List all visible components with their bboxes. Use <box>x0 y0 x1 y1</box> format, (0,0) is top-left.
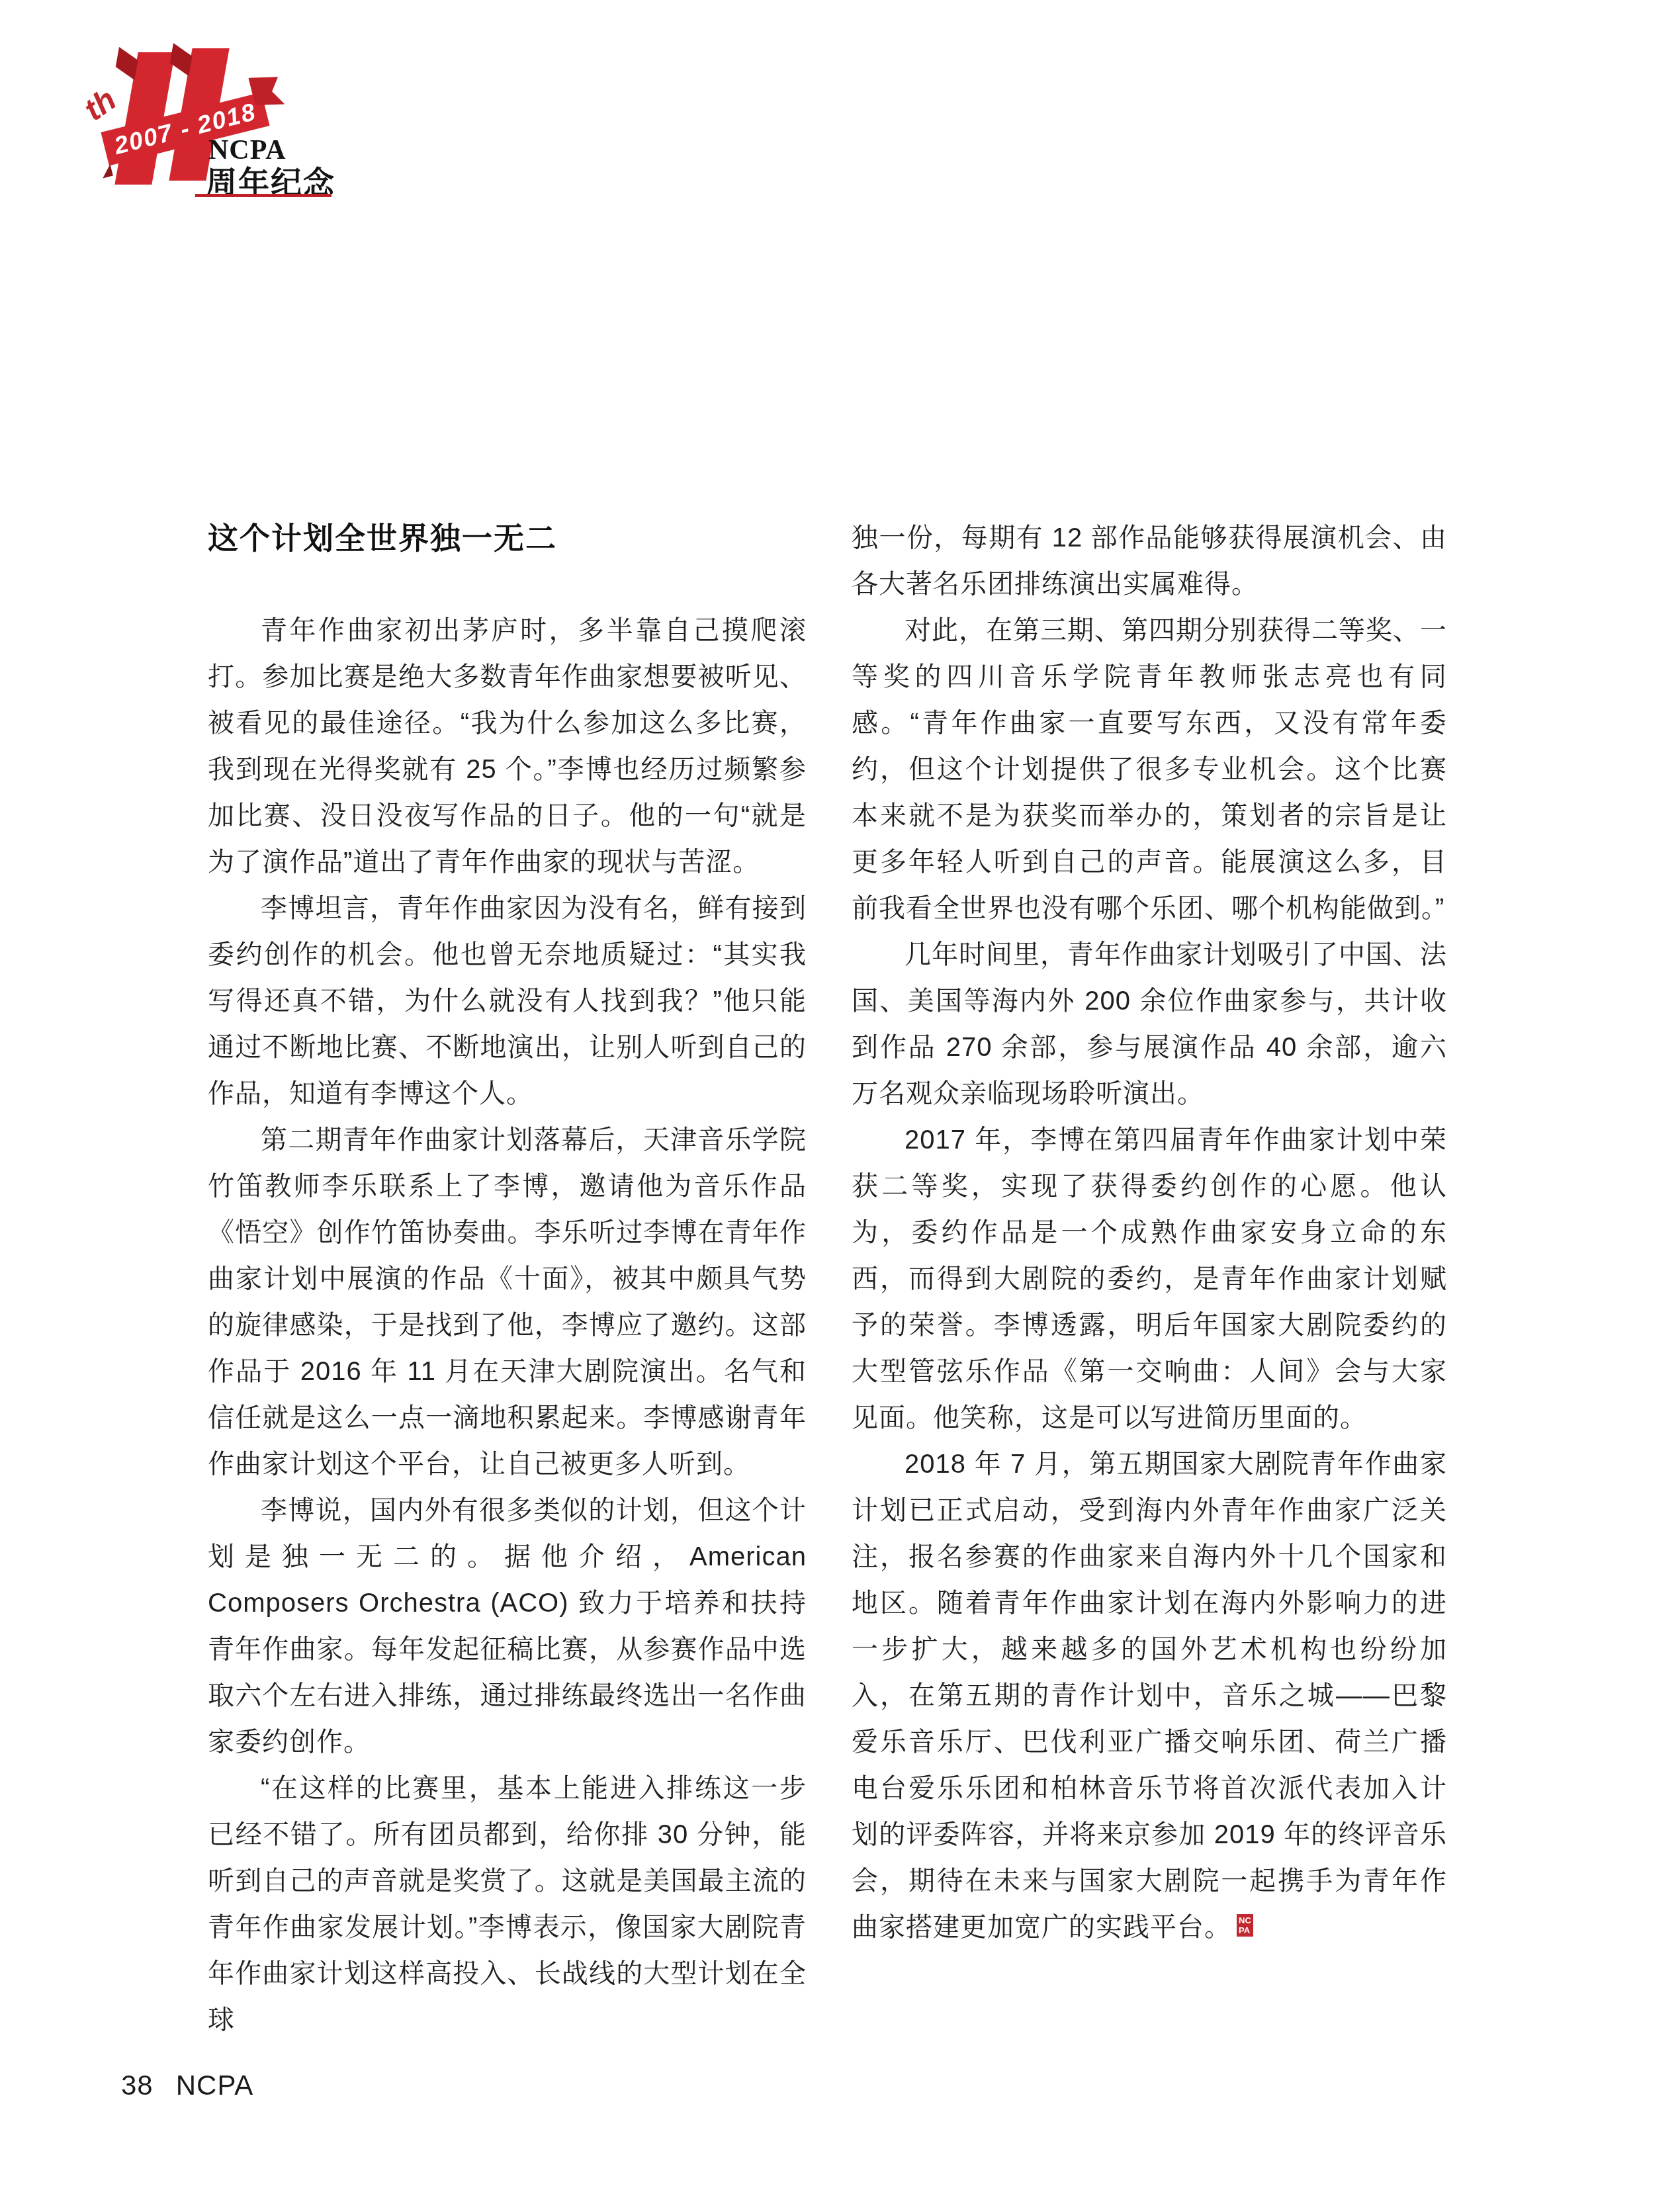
ncpa-anniversary-logo: th 2007 - 2018 NCPA 周年纪念 <box>88 30 373 212</box>
ncpa-end-mark: NCPA <box>1237 1914 1253 1937</box>
page-footer: 38 NCPA <box>121 2070 253 2101</box>
article-column-right: 独一份，每期有 12 部作品能够获得展演机会、由各大著名乐团排练演出实属难得。 … <box>852 515 1447 1950</box>
paragraph: 2018 年 7 月，第五期国家大剧院青年作曲家计划已正式启动，受到海内外青年作… <box>852 1441 1447 1950</box>
logo-underline <box>195 194 332 197</box>
paragraph: 李博坦言，青年作曲家因为没有名，鲜有接到委约创作的机会。他也曾无奈地质疑过：“其… <box>208 885 807 1117</box>
article-column-left: 这个计划全世界独一无二 青年作曲家初出茅庐时，多半靠自己摸爬滚打。参加比赛是绝大… <box>208 515 807 2043</box>
footer-brand: NCPA <box>176 2070 254 2101</box>
end-mark-line: PA <box>1239 1925 1251 1935</box>
magazine-page: th 2007 - 2018 NCPA 周年纪念 这个计划全世界独一无二 青年作… <box>0 0 1680 2188</box>
paragraph: 第二期青年作曲家计划落幕后，天津音乐学院竹笛教师李乐联系上了李博，邀请他为音乐作… <box>208 1117 807 1487</box>
paragraph: 几年时间里，青年作曲家计划吸引了中国、法国、美国等海内外 200 余位作曲家参与… <box>852 932 1447 1117</box>
paragraph: 独一份，每期有 12 部作品能够获得展演机会、由各大著名乐团排练演出实属难得。 <box>852 515 1447 607</box>
end-mark-line: NC <box>1239 1915 1251 1925</box>
page-number: 38 <box>121 2070 154 2101</box>
paragraph: 对此，在第三期、第四期分别获得二等奖、一等奖的四川音乐学院青年教师张志亮也有同感… <box>852 607 1447 932</box>
paragraph: “在这样的比赛里，基本上能进入排练这一步已经不错了。所有团员都到，给你排 30 … <box>208 1765 807 2043</box>
paragraph-text: 2018 年 7 月，第五期国家大剧院青年作曲家计划已正式启动，受到海内外青年作… <box>852 1450 1447 1942</box>
section-heading: 这个计划全世界独一无二 <box>208 515 807 561</box>
paragraph: 李博说，国内外有很多类似的计划，但这个计划是独一无二的。据他介绍，America… <box>208 1487 807 1765</box>
paragraph: 青年作曲家初出茅庐时，多半靠自己摸爬滚打。参加比赛是绝大多数青年作曲家想要被听见… <box>208 607 807 885</box>
logo-ordinal-suffix: th <box>77 81 123 128</box>
paragraph: 2017 年，李博在第四届青年作曲家计划中荣获二等奖，实现了获得委约创作的心愿。… <box>852 1117 1447 1441</box>
